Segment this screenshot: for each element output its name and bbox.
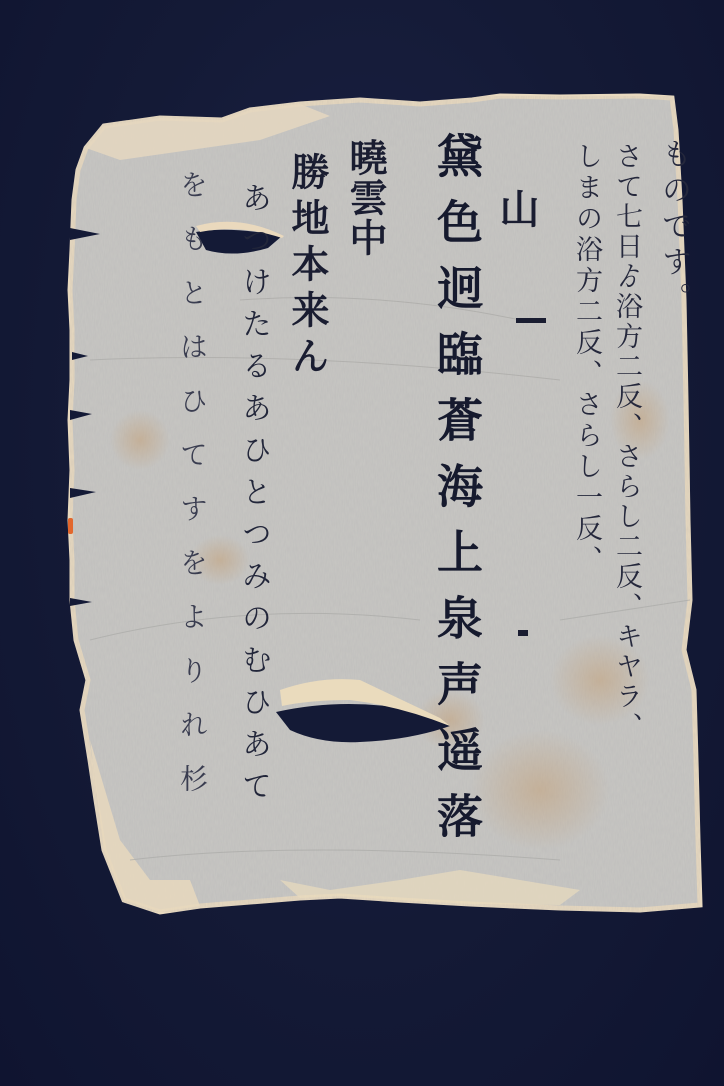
- text-column-5: 黛色迥臨蒼海上泉声遥落: [434, 132, 480, 858]
- text-column-6: 曉雲中: [346, 138, 384, 258]
- text-column-8: あつけたるあひとつみのむひあて: [238, 182, 268, 812]
- paper-sheet: ものです。 さて七日ゟ浴方二反、さらし二反、キヤラ、 しまの浴方二反、さらし一反…: [0, 0, 724, 1086]
- text-column-1: ものです。: [658, 138, 688, 318]
- text-column-4: 山: [496, 188, 536, 232]
- text-column-2: さて七日ゟ浴方二反、さらし二反、キヤラ、: [613, 142, 640, 742]
- text-column-7: 勝地本来ん: [288, 152, 326, 382]
- text-column-9: をもとはひてすをよりれ杉: [178, 170, 206, 818]
- text-column-3: しまの浴方二反、さらし一反、: [573, 142, 600, 576]
- orange-fleck: [68, 518, 73, 534]
